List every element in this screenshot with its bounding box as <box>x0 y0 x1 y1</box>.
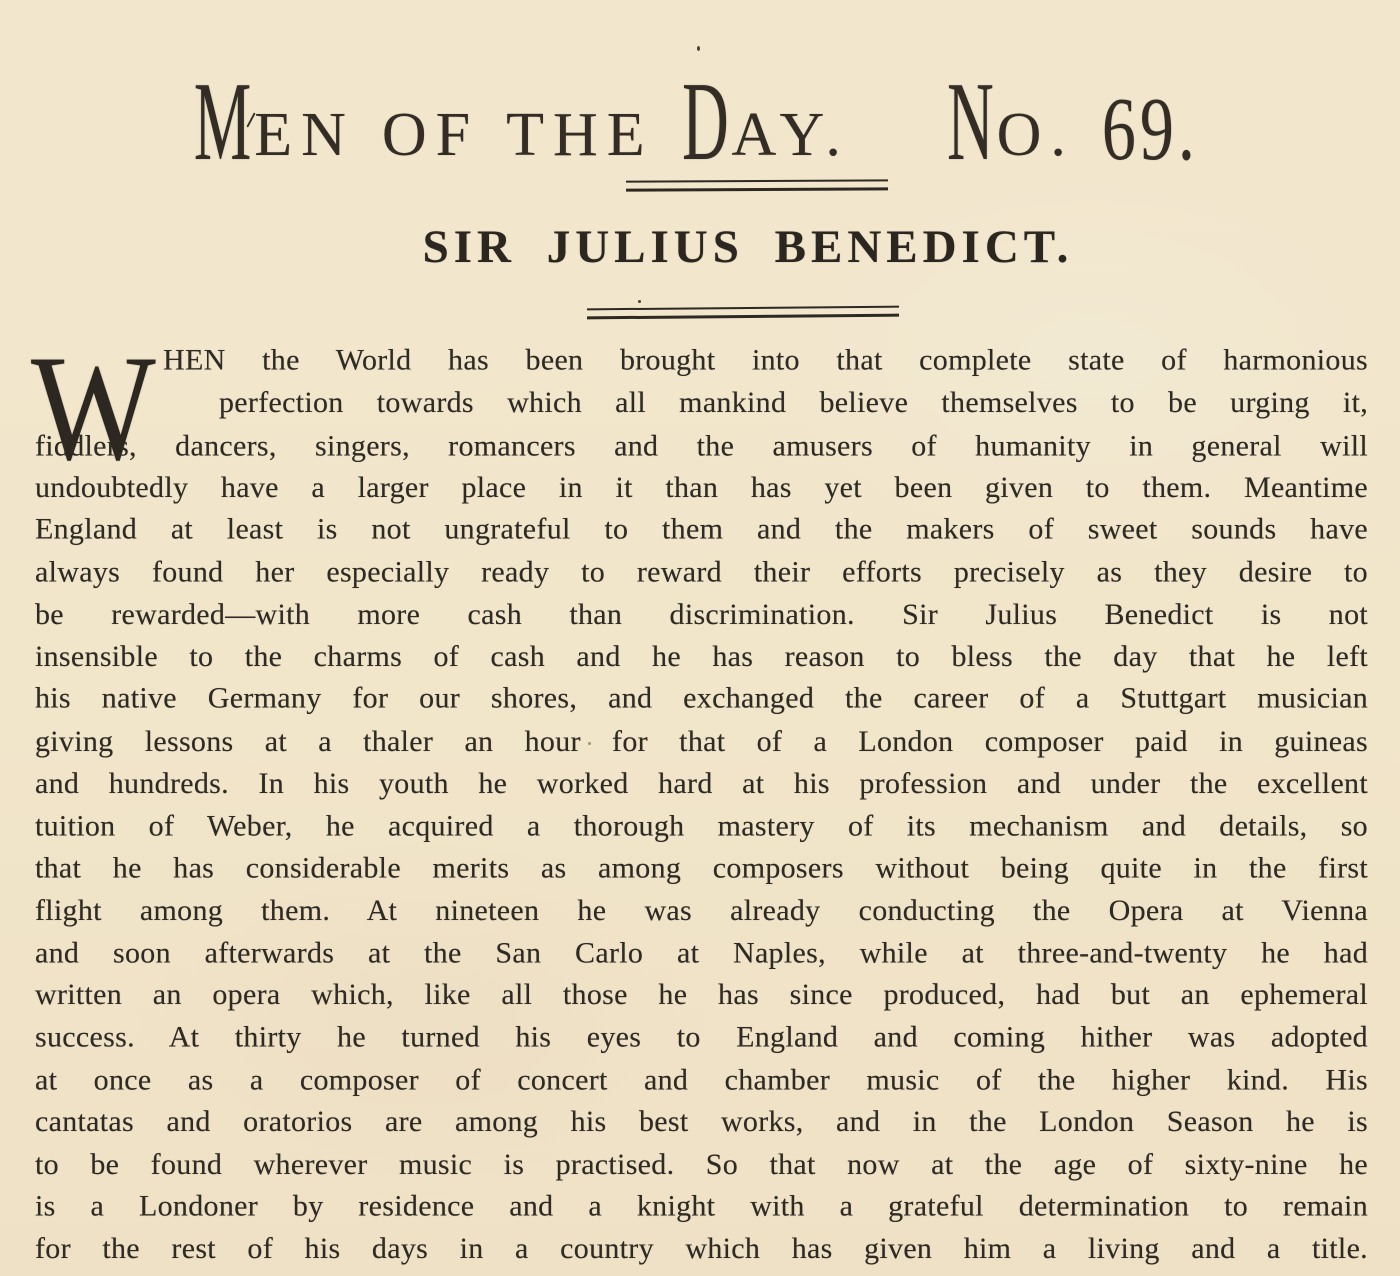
article-line: at once as a composer of concert and cha… <box>35 1060 1368 1102</box>
article-line: perfection towards which all mankind bel… <box>35 382 1368 424</box>
masthead-segment: EN <box>254 104 355 166</box>
document-page: MENOFTHEDAY.NO.69. SIR JULIUS BENEDICT. … <box>0 0 1400 1276</box>
masthead-segment: AY. <box>731 104 849 166</box>
article-line: undoubtedly have a larger place in it th… <box>35 467 1368 509</box>
masthead-title: MENOFTHEDAY.NO.69. <box>0 98 1396 166</box>
article-line: is a Londoner by residence and a knight … <box>35 1185 1368 1227</box>
article-line: England at least is not ungrateful to th… <box>35 509 1368 551</box>
article-line: that he has considerable merits as among… <box>35 847 1368 889</box>
article-line: be rewarded—with more cash than discrimi… <box>35 594 1368 636</box>
article-line: HEN the World has been brought into that… <box>35 340 1368 382</box>
article-line: insensible to the charms of cash and he … <box>35 636 1368 678</box>
article-line: tuition of Weber, he acquired a thorough… <box>35 806 1368 848</box>
article-line: cantatas and oratorios are among his bes… <box>35 1101 1368 1143</box>
article-lines: HEN the World has been brought into that… <box>35 340 1368 1271</box>
article-line: giving lessons at a thaler an hour for t… <box>35 721 1368 763</box>
masthead-segment: O. <box>997 104 1075 166</box>
double-rule-top <box>626 179 888 191</box>
paper-speck <box>638 300 641 303</box>
masthead-segment: D <box>682 66 729 179</box>
masthead-segment: OF <box>382 104 479 166</box>
double-rule-subtitle <box>587 306 899 320</box>
masthead-segment: THE <box>506 104 654 166</box>
article-line: written an opera which, like all those h… <box>35 974 1368 1016</box>
article-line: to be found wherever music is practised.… <box>35 1144 1368 1186</box>
article-line: his native Germany for our shores, and e… <box>35 678 1368 720</box>
article-line: fiddlers, dancers, singers, romancers an… <box>35 425 1368 467</box>
masthead-segment: N <box>947 66 994 179</box>
masthead-segment: M <box>194 66 251 179</box>
article-body: W HEN the World has been brought into th… <box>35 340 1368 1271</box>
article-line: flight among them. At nineteen he was al… <box>35 890 1368 932</box>
paper-speck <box>697 46 700 51</box>
paper-speck <box>588 742 591 745</box>
article-line: success. At thirty he turned his eyes to… <box>35 1016 1368 1058</box>
article-subject-title: SIR JULIUS BENEDICT. <box>48 222 1400 274</box>
article-line: for the rest of his days in a country wh… <box>35 1228 1368 1270</box>
article-line: and hundreds. In his youth he worked har… <box>35 763 1368 805</box>
article-line: always found her especially ready to rew… <box>35 552 1368 594</box>
masthead-segment: 69. <box>1102 84 1199 174</box>
article-line: and soon afterwards at the San Carlo at … <box>35 933 1368 975</box>
